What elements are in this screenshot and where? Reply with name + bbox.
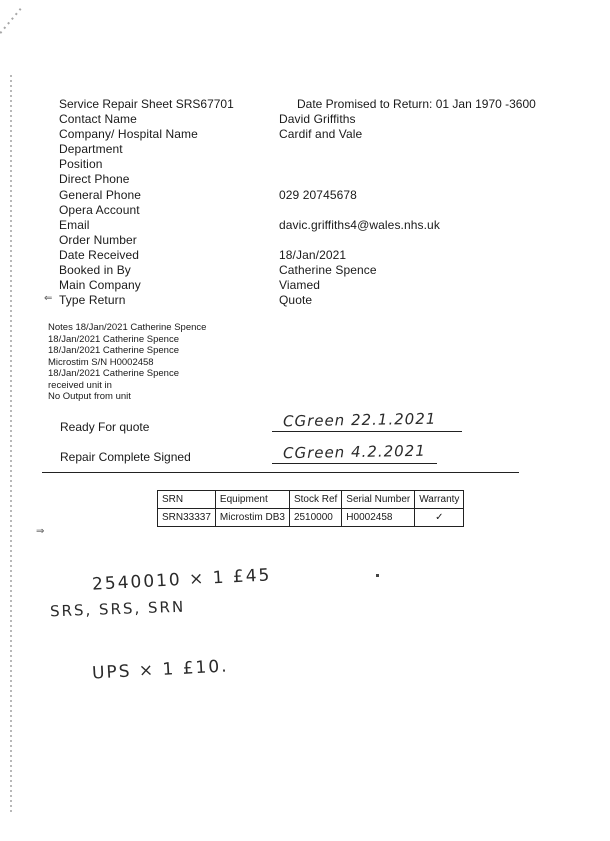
margin-arrow-mark: ⇐ (44, 293, 52, 304)
section-divider (42, 472, 519, 473)
column-header: Equipment (215, 491, 289, 509)
field-label: Date Received (59, 248, 139, 263)
table-cell: Microstim DB3 (215, 509, 289, 527)
column-header: Stock Ref (289, 491, 341, 509)
field-label: Opera Account (59, 203, 140, 218)
field-label: General Phone (59, 188, 141, 203)
ready-for-quote-signature: CGreen 22.1.2021 (283, 410, 437, 431)
scan-speck (376, 574, 379, 577)
note-line: 18/Jan/2021 Catherine Spence (48, 368, 206, 380)
note-line: 18/Jan/2021 Catherine Spence (48, 345, 206, 357)
sheet-title: Service Repair Sheet SRS67701 (59, 97, 234, 111)
table-cell: H0002458 (342, 509, 415, 527)
handwritten-note: 2540010 × 1 £45 (92, 565, 272, 594)
table-row: SRN33337Microstim DB32510000H0002458✓ (158, 509, 464, 527)
field-value: davic.griffiths4@wales.nhs.uk (279, 218, 440, 233)
field-label: Email (59, 218, 90, 233)
ready-for-quote-label: Ready For quote (60, 420, 149, 434)
field-label: Type Return (59, 293, 125, 308)
handwritten-note: UPS × 1 £10. (92, 656, 229, 683)
field-value: David Griffiths (279, 112, 356, 127)
field-label: Order Number (59, 233, 137, 248)
field-value: 18/Jan/2021 (279, 248, 346, 263)
field-value: Quote (279, 293, 312, 308)
field-value: Cardif and Vale (279, 127, 362, 142)
repair-complete-signature: CGreen 4.2.2021 (283, 442, 426, 462)
note-line: No Output from unit (48, 391, 206, 403)
field-label: Main Company (59, 278, 141, 293)
table-cell: SRN33337 (158, 509, 216, 527)
field-value: 029 20745678 (279, 188, 357, 203)
note-line: Notes 18/Jan/2021 Catherine Spence (48, 322, 206, 334)
note-line: Microstim S/N H0002458 (48, 357, 206, 369)
field-label: Direct Phone (59, 172, 130, 187)
handwritten-note: SRS, SRS, SRN (50, 598, 186, 621)
field-label: Position (59, 157, 103, 172)
note-line: received unit in (48, 380, 206, 392)
notes-block: Notes 18/Jan/2021 Catherine Spence18/Jan… (48, 322, 206, 403)
table-header-row: SRNEquipmentStock RefSerial NumberWarran… (158, 491, 464, 509)
field-label: Contact Name (59, 112, 137, 127)
column-header: SRN (158, 491, 216, 509)
field-label: Department (59, 142, 123, 157)
repair-sheet-page: Service Repair Sheet SRS67701 Date Promi… (0, 0, 610, 841)
margin-arrow-mark: ⇒ (36, 526, 44, 537)
equipment-table: SRNEquipmentStock RefSerial NumberWarran… (157, 490, 464, 527)
note-line: 18/Jan/2021 Catherine Spence (48, 334, 206, 346)
column-header: Serial Number (342, 491, 415, 509)
column-header: Warranty (415, 491, 464, 509)
signature-line (272, 431, 462, 432)
field-label: Booked in By (59, 263, 131, 278)
field-label: Company/ Hospital Name (59, 127, 198, 142)
warranty-tick: ✓ (415, 509, 464, 527)
signature-line (272, 463, 437, 464)
field-value: Catherine Spence (279, 263, 377, 278)
repair-complete-label: Repair Complete Signed (60, 450, 191, 464)
scan-edge-artifact (10, 75, 12, 815)
field-value: Viamed (279, 278, 320, 293)
table-cell: 2510000 (289, 509, 341, 527)
date-promised: Date Promised to Return: 01 Jan 1970 -36… (297, 97, 536, 111)
